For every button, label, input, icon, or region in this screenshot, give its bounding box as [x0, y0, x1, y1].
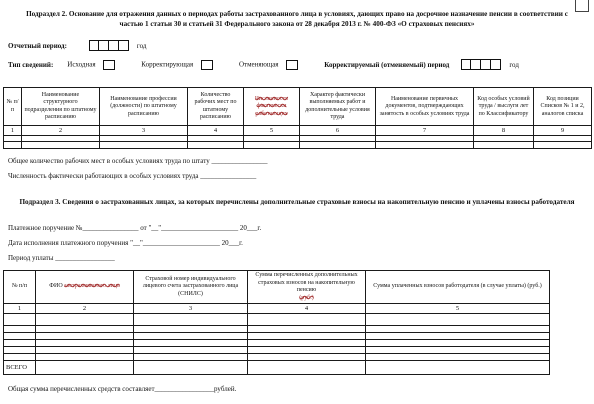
- empty-cell: [134, 326, 248, 333]
- reporting-period-row: Отчетный период: год: [8, 40, 594, 51]
- col-number: 8: [474, 126, 534, 136]
- empty-cell: [534, 142, 592, 149]
- year-label: год: [137, 42, 147, 50]
- empty-cell: [188, 142, 244, 149]
- korrektiruyushchaya-checkbox[interactable]: [201, 60, 213, 70]
- empty-cell: [376, 142, 474, 149]
- empty-cell: [366, 333, 550, 340]
- table2-header-snils: Страховой номер индивидуального лицевого…: [134, 271, 248, 304]
- col-number: 3: [100, 126, 188, 136]
- empty-cell: [366, 354, 550, 361]
- option-korrektiruyushchaya: Корректирующая: [141, 60, 213, 70]
- total-label: ВСЕГО: [4, 361, 36, 375]
- corrected-period-input[interactable]: [461, 59, 501, 70]
- empty-cell: [4, 333, 36, 340]
- empty-cell: [134, 340, 248, 347]
- empty-cell: [22, 142, 100, 149]
- empty-cell: [36, 354, 134, 361]
- workers-total-line: Численность фактически работающих в особ…: [8, 172, 594, 180]
- table1-header-work-nature: Характер фактически выполняемых работ и …: [300, 88, 376, 126]
- option-otmenyayushchaya: Отменяющая: [239, 60, 298, 70]
- table1-header-documents: Наименование первичных документов, подтв…: [376, 88, 474, 126]
- col-number: 2: [22, 126, 100, 136]
- table1-header-profession: Наименование профессии (должности) по шт…: [100, 88, 188, 126]
- empty-cell: [366, 347, 550, 354]
- subsection3-title: Подраздел 3. Сведения о застрахованных л…: [17, 198, 577, 208]
- option-otmenyayushchaya-label: Отменяющая: [239, 61, 279, 69]
- corrected-period-label: Корректируемый (отменяемый) период: [324, 61, 449, 69]
- table2-header-contrib-sum: Сумма перечисленных дополнительных страх…: [248, 271, 366, 304]
- empty-cell: [4, 326, 36, 333]
- table2-empty-row: [4, 354, 550, 361]
- table1-header-npp: № п/п: [4, 88, 22, 126]
- empty-cell: [36, 314, 134, 326]
- empty-cell: [134, 314, 248, 326]
- table1-header-conditions-code: Код особых условий труда / выслуги лет п…: [474, 88, 534, 126]
- total-value-cell: [366, 361, 550, 375]
- table1-numbers-row: 1 2 3 4 5 6 7 8 9: [4, 126, 592, 136]
- empty-cell: [244, 142, 300, 149]
- empty-cell: [248, 347, 366, 354]
- execution-date-line: Дата исполнения платежного поручения "__…: [8, 239, 594, 247]
- table1-header-list-position-code: Код позиции Списков № 1 и 2, аналогов сп…: [534, 88, 592, 126]
- empty-cell: [4, 347, 36, 354]
- payment-order-line: Платежное поручение №________________ от…: [8, 224, 594, 232]
- empty-cell: [248, 340, 366, 347]
- period-digit-cell[interactable]: [481, 59, 491, 70]
- empty-cell: [4, 340, 36, 347]
- empty-cell: [36, 347, 134, 354]
- staff-total-line: Общее количество рабочих мест в особых у…: [8, 157, 594, 165]
- table2-empty-row: [4, 340, 550, 347]
- fio-label: ФИО: [49, 283, 64, 289]
- col-number: 4: [188, 126, 244, 136]
- option-ishodnaya-label: Исходная: [67, 61, 95, 69]
- insured-persons-table: № п/п ФИО застрахованного лица Страховой…: [3, 270, 550, 375]
- payment-period-line: Период уплаты _________________: [8, 254, 594, 262]
- page-corner-box: [575, 0, 589, 12]
- empty-cell: [248, 326, 366, 333]
- empty-cell: [248, 314, 366, 326]
- pension-form-page: Подраздел 2. Основание для отражения дан…: [0, 0, 594, 404]
- empty-cell: [248, 354, 366, 361]
- otmenyayushchaya-checkbox[interactable]: [286, 60, 298, 70]
- empty-cell: [366, 314, 550, 326]
- period-digit-cell[interactable]: [491, 59, 501, 70]
- table1-header-jobs-count: Количество рабочих мест по штатному расп…: [188, 88, 244, 126]
- period-digit-cell[interactable]: [109, 40, 119, 51]
- struck-text: застрахованного лица: [64, 283, 120, 289]
- col-number: 6: [300, 126, 376, 136]
- struck-text: Численность фактически работающих: [255, 96, 288, 117]
- col-number: 5: [366, 304, 550, 314]
- empty-cell: [474, 142, 534, 149]
- table1-header-row: № п/п Наименование структурного подразде…: [4, 88, 592, 126]
- col-number: 7: [376, 126, 474, 136]
- empty-cell: [4, 354, 36, 361]
- year-label: год: [509, 61, 519, 69]
- period-digit-cell[interactable]: [461, 59, 471, 70]
- col-number: 9: [534, 126, 592, 136]
- col-number: 1: [4, 304, 36, 314]
- ishodnaya-checkbox[interactable]: [103, 60, 115, 70]
- empty-cell: [134, 354, 248, 361]
- table2-empty-row: [4, 326, 550, 333]
- contrib-sum-label: Сумма перечисленных дополнительных страх…: [255, 272, 357, 293]
- total-value-cell: [248, 361, 366, 375]
- option-korrektiruyushchaya-label: Корректирующая: [141, 61, 193, 69]
- table2-header-fio: ФИО застрахованного лица: [36, 271, 134, 304]
- col-number: 5: [244, 126, 300, 136]
- table2-header-npp: № п/п: [4, 271, 36, 304]
- grand-total-line: Общая сумма перечисленных средств состав…: [8, 385, 594, 393]
- empty-cell: [300, 142, 376, 149]
- total-value-cell: [36, 361, 134, 375]
- empty-cell: [134, 347, 248, 354]
- info-type-row: Тип сведений: Исходная Корректирующая От…: [8, 59, 594, 70]
- period-digit-cell[interactable]: [89, 40, 99, 51]
- col-number: 3: [134, 304, 248, 314]
- empty-cell: [36, 333, 134, 340]
- info-type-label: Тип сведений:: [8, 61, 53, 69]
- option-ishodnaya: Исходная: [67, 60, 115, 70]
- struck-text: (руб.): [299, 295, 313, 301]
- empty-cell: [100, 142, 188, 149]
- empty-cell: [4, 142, 22, 149]
- table2-total-row: ВСЕГО: [4, 361, 550, 375]
- col-number: 1: [4, 126, 22, 136]
- total-value-cell: [134, 361, 248, 375]
- empty-cell: [36, 340, 134, 347]
- col-number: 2: [36, 304, 134, 314]
- period-digit-cell[interactable]: [99, 40, 109, 51]
- table2-header-row: № п/п ФИО застрахованного лица Страховой…: [4, 271, 550, 304]
- table2-empty-row: [4, 333, 550, 340]
- work-conditions-table: № п/п Наименование структурного подразде…: [3, 87, 592, 149]
- table2-empty-row: [4, 314, 550, 326]
- empty-cell: [134, 333, 248, 340]
- col-number: 4: [248, 304, 366, 314]
- subsection2-title: Подраздел 2. Основание для отражения дан…: [17, 0, 577, 29]
- period-digit-cell[interactable]: [471, 59, 481, 70]
- table2-numbers-row: 1 2 3 4 5: [4, 304, 550, 314]
- table2-empty-row: [4, 347, 550, 354]
- empty-cell: [36, 326, 134, 333]
- reporting-period-input[interactable]: [89, 40, 129, 51]
- empty-cell: [248, 333, 366, 340]
- table2-header-employer-sum: Сумма уплаченных взносов работодателя (в…: [366, 271, 550, 304]
- table1-empty-row: [4, 142, 592, 149]
- empty-cell: [366, 326, 550, 333]
- table1-header-workers-struck: Численность фактически работающих: [244, 88, 300, 126]
- empty-cell: [4, 314, 36, 326]
- empty-cell: [366, 340, 550, 347]
- reporting-period-label: Отчетный период:: [8, 42, 67, 50]
- period-digit-cell[interactable]: [119, 40, 129, 51]
- table1-header-division: Наименование структурного подразделения …: [22, 88, 100, 126]
